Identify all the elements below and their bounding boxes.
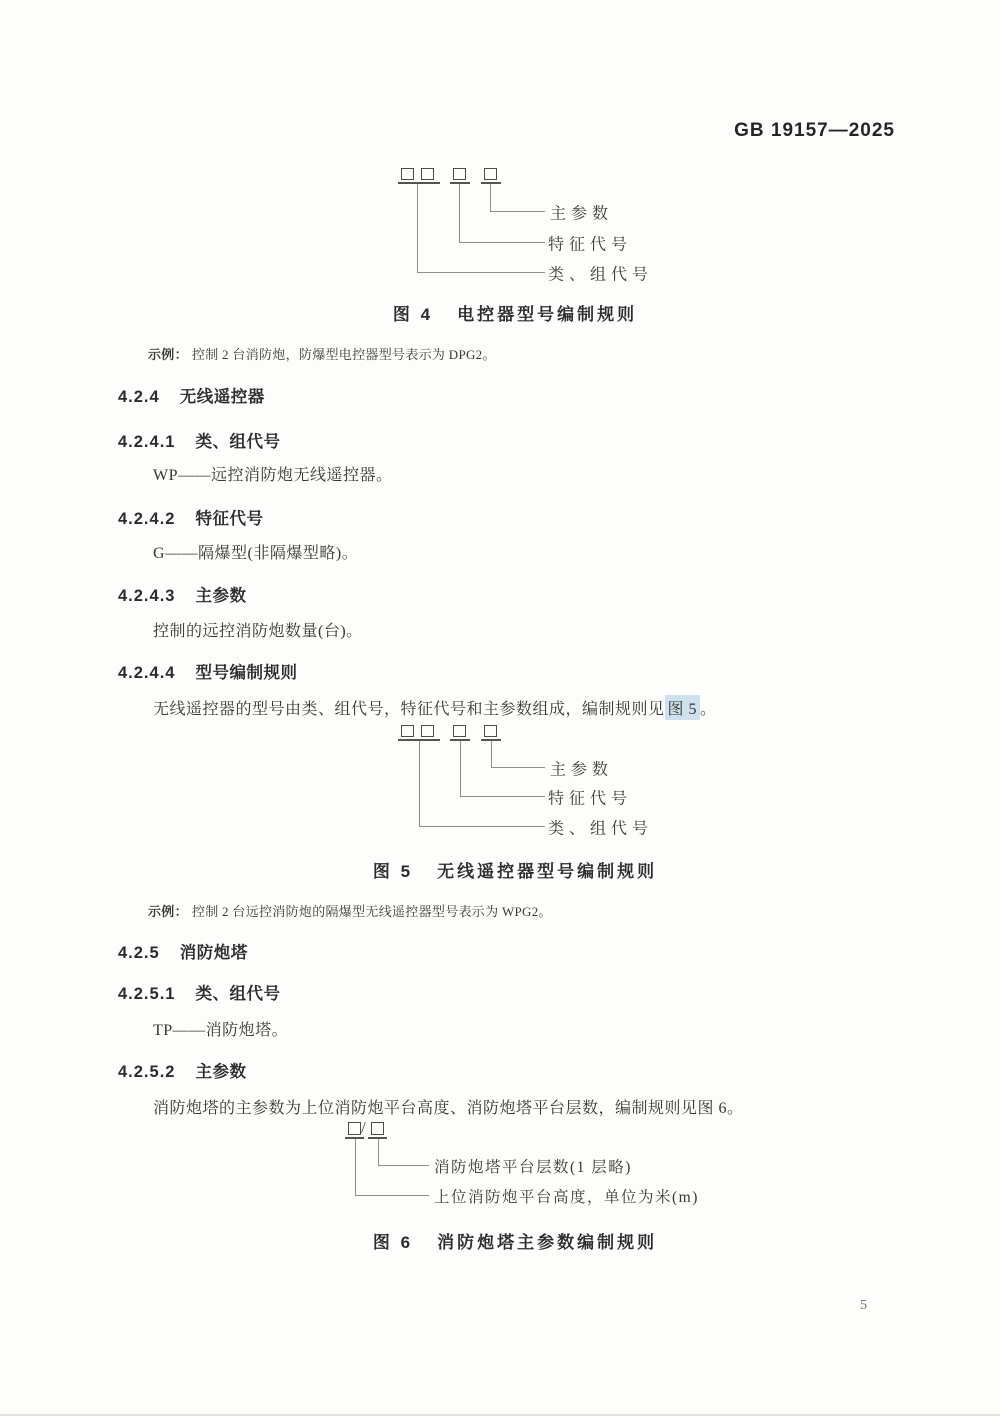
fig5-label-class-group: 类、组代号 [548,816,653,839]
figure4-caption-number: 图 4 [393,305,433,324]
fig4-code-box-2 [421,168,434,180]
section-title: 特征代号 [195,510,263,528]
fig4-underline-pair [398,182,440,184]
fig5-code-box-4 [484,725,497,737]
fig6-connector-layers-h [378,1165,429,1166]
section-title: 型号编制规则 [195,664,297,682]
section-number: 4.2.5.2 [118,1063,175,1081]
fig4-label-class-group: 类、组代号 [548,262,653,285]
figure-reference-highlight: 图 5 [665,695,701,720]
fig5-connector-main-param-v [491,741,492,767]
paragraph-4-2-4-1: WP——远控消防炮无线遥控器。 [153,462,393,485]
fig5-connector-main-param-h [491,767,545,768]
section-heading-4-2-4-1: 4.2.4.1类、组代号 [118,428,280,452]
section-title: 消防炮塔 [180,944,248,962]
fig4-connector-main-param-h [490,211,545,212]
paragraph-4-2-4-4-text: 无线遥控器的型号由类、组代号，特征代号和主参数组成，编制规则见 [153,701,665,718]
section-number: 4.2.4.3 [118,587,175,605]
fig6-code-box-height [348,1122,361,1135]
fig6-connector-height-v [355,1139,356,1196]
fig4-connector-main-param-v [490,184,491,211]
section-heading-4-2-4-3: 4.2.4.3主参数 [118,582,246,606]
section-title: 类、组代号 [195,985,280,1003]
fig6-label-height: 上位消防炮平台高度，单位为米(m) [434,1185,699,1207]
document-page: GB 19157—2025 主参数 特征代号 类、组代号 图 4电控器型号编制规… [0,0,1000,1416]
example-1: 示例：控制 2 台消防炮，防爆型电控器型号表示为 DPG2。 [148,344,496,363]
fig5-connector-feature-code-h [460,796,545,797]
fig6-label-layers: 消防炮塔平台层数(1 层略) [434,1155,632,1177]
fig5-connector-class-group-v [419,741,420,827]
section-heading-4-2-4-4: 4.2.4.4型号编制规则 [118,659,297,683]
fig5-connector-class-group-h [419,826,545,827]
fig6-connector-height-h [355,1195,429,1196]
section-title: 主参数 [195,1063,246,1081]
fig4-connector-class-group-v [417,184,418,272]
section-number: 4.2.4 [118,388,160,406]
fig4-code-box-1 [401,168,414,180]
standard-code: GB 19157—2025 [734,120,895,142]
example-2-text: 控制 2 台远控消防炮的隔爆型无线遥控器型号表示为 WPG2。 [192,904,552,919]
section-number: 4.2.4.2 [118,510,175,528]
fig4-connector-class-group-h [417,272,545,273]
section-heading-4-2-5-1: 4.2.5.1类、组代号 [118,980,280,1004]
paragraph-4-2-4-4: 无线遥控器的型号由类、组代号，特征代号和主参数组成，编制规则见图 5。 [153,696,717,719]
fig5-code-box-2 [421,725,434,737]
fig5-label-main-param: 主参数 [550,757,613,780]
fig4-connector-feature-code-v [459,184,460,242]
fig4-code-box-3 [453,168,466,180]
section-title: 无线遥控器 [180,388,265,406]
paragraph-4-2-4-2: G——隔爆型(非隔爆型略)。 [153,540,358,563]
section-number: 4.2.5 [118,944,160,962]
fig4-label-main-param: 主参数 [550,201,613,224]
example-2-prefix: 示例： [148,904,188,919]
paragraph-4-2-4-4-end: 。 [700,701,717,718]
figure6-caption-number: 图 6 [373,1233,413,1252]
figure4-caption: 图 4电控器型号编制规则 [0,300,1000,325]
section-title: 主参数 [195,587,246,605]
figure6-caption: 图 6消防炮塔主参数编制规则 [0,1228,1000,1253]
figure5-caption-number: 图 5 [373,862,413,881]
section-heading-4-2-5: 4.2.5消防炮塔 [118,939,248,963]
example-1-text: 控制 2 台消防炮，防爆型电控器型号表示为 DPG2。 [192,347,496,362]
section-heading-4-2-5-2: 4.2.5.2主参数 [118,1058,246,1082]
figure5-caption: 图 5无线遥控器型号编制规则 [0,857,1000,882]
fig4-code-box-4 [484,168,497,180]
section-number: 4.2.4.1 [118,433,175,451]
page-number: 5 [860,1298,868,1314]
figure5-caption-title: 无线遥控器型号编制规则 [437,862,657,881]
paragraph-4-2-5-2: 消防炮塔的主参数为上位消防炮平台高度、消防炮塔平台层数，编制规则见图 6。 [153,1095,744,1118]
section-number: 4.2.5.1 [118,985,175,1003]
example-2: 示例：控制 2 台远控消防炮的隔爆型无线遥控器型号表示为 WPG2。 [148,901,552,920]
section-heading-4-2-4: 4.2.4无线遥控器 [118,383,265,407]
fig4-label-feature-code: 特征代号 [548,232,632,255]
section-heading-4-2-4-2: 4.2.4.2特征代号 [118,505,263,529]
section-title: 类、组代号 [195,433,280,451]
fig6-separator-slash: / [361,1118,366,1138]
paragraph-4-2-4-3: 控制的远控消防炮数量(台)。 [153,618,363,641]
example-1-prefix: 示例： [148,347,188,362]
fig4-connector-feature-code-h [459,242,545,243]
figure4-caption-title: 电控器型号编制规则 [457,305,637,324]
fig5-connector-feature-code-v [460,741,461,796]
fig5-label-feature-code: 特征代号 [548,786,632,809]
fig6-connector-layers-v [378,1139,379,1165]
section-number: 4.2.4.4 [118,664,175,682]
fig6-code-box-layers [371,1122,384,1135]
fig5-code-box-3 [453,725,466,737]
paragraph-4-2-5-1: TP——消防炮塔。 [153,1017,288,1040]
figure6-caption-title: 消防炮塔主参数编制规则 [437,1233,657,1252]
fig5-code-box-1 [401,725,414,737]
